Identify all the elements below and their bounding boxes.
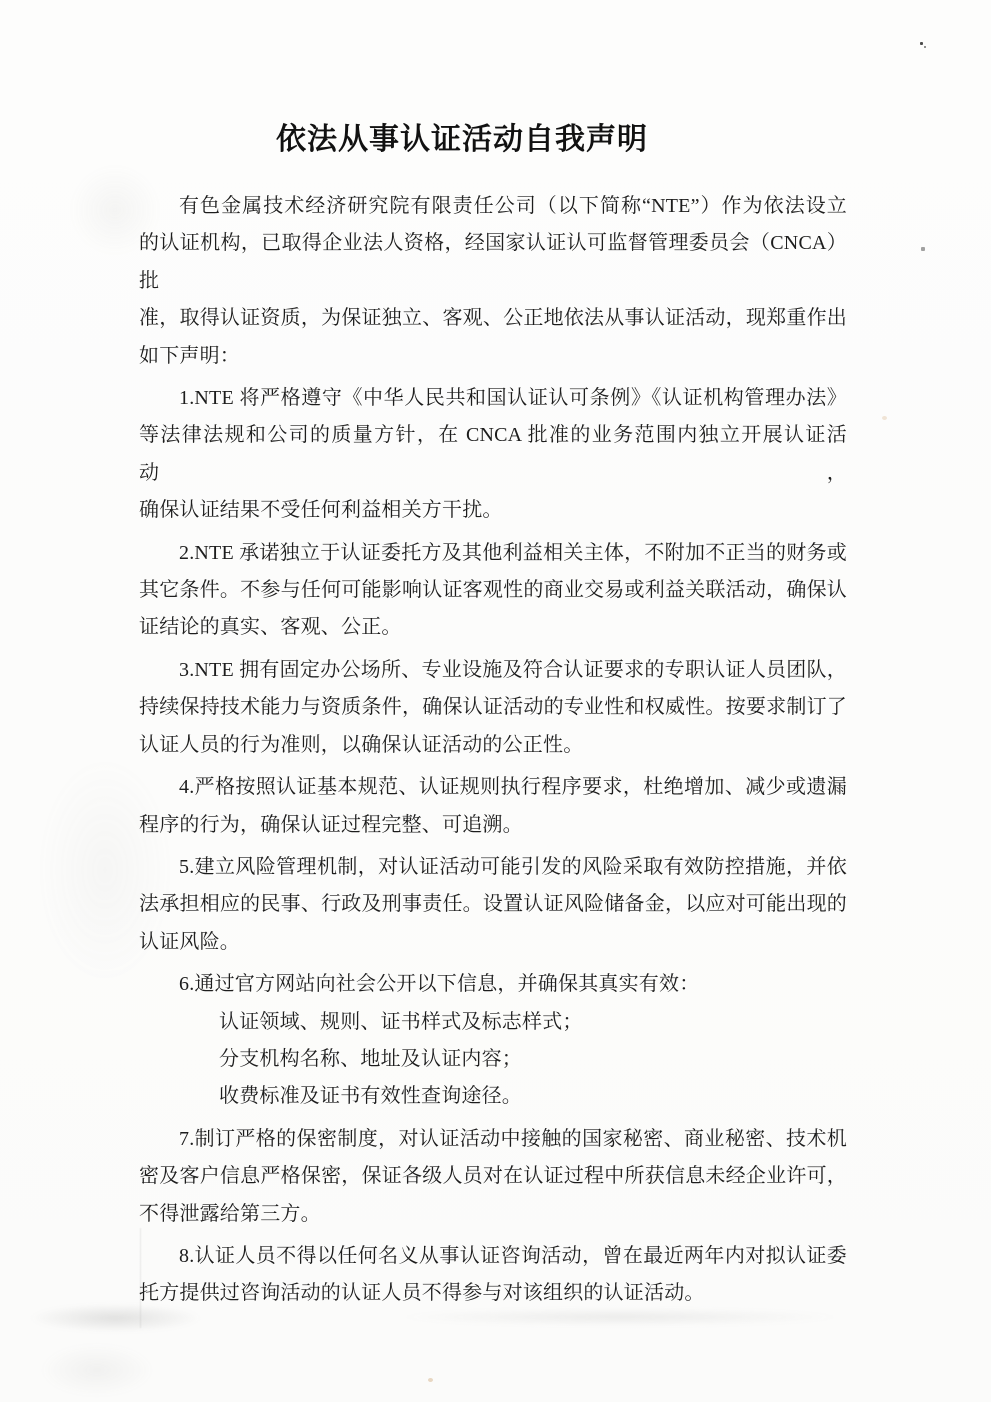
paragraph: 5.建立风险管理机制，对认证活动可能引发的风险采取有效防控措施，并依法承担相应的… [139,849,847,961]
document-body: 有色金属技术经济研究院有限责任公司（以下简称“NTE”）作为依法设立的认证机构，… [139,188,847,1318]
text-line: 1.NTE 将严格遵守《中华人民共和国认证认可条例》《认证机构管理办法》 [139,380,847,417]
text-line: 托方提供过咨询活动的认证人员不得参与对该组织的认证活动。 [139,1275,847,1312]
paragraph: 4.严格按照认证基本规范、认证规则执行程序要求，杜绝增加、减少或遗漏程序的行为，… [139,769,847,844]
text-line: 确保认证结果不受任何利益相关方干扰。 [139,492,847,529]
text-line: 收费标准及证书有效性查询途径。 [139,1078,847,1115]
text-line: 程序的行为，确保认证过程完整、可追溯。 [139,807,847,844]
text-line: 认证领域、规则、证书样式及标志样式； [139,1004,847,1041]
text-line: 等法律法规和公司的质量方针，在 CNCA 批准的业务范围内独立开展认证活动， [139,417,847,492]
text-line: 准，取得认证资质，为保证独立、客观、公正地依法从事认证活动，现郑重作出 [139,300,847,337]
paragraph: 7.制订严格的保密制度，对认证活动中接触的国家秘密、商业秘密、技术机密及客户信息… [139,1121,847,1233]
text-line: 的认证机构，已取得企业法人资格，经国家认证认可监督管理委员会（CNCA）批 [139,225,847,300]
paragraph: 1.NTE 将严格遵守《中华人民共和国认证认可条例》《认证机构管理办法》等法律法… [139,380,847,530]
text-line: 2.NTE 承诺独立于认证委托方及其他利益相关主体，不附加不正当的财务或 [139,535,847,572]
paragraph: 3.NTE 拥有固定办公场所、专业设施及符合认证要求的专职认证人员团队，持续保持… [139,652,847,764]
text-line: 分支机构名称、地址及认证内容； [139,1041,847,1078]
text-line: 其它条件。不参与任何可能影响认证客观性的商业交易或利益关联活动，确保认 [139,572,847,609]
paragraph: 2.NTE 承诺独立于认证委托方及其他利益相关主体，不附加不正当的财务或其它条件… [139,535,847,647]
document-title: 依法从事认证活动自我声明 [139,121,847,159]
text-line: 证结论的真实、客观、公正。 [139,609,847,646]
text-line: 如下声明： [139,338,847,375]
paragraph: 6.通过官方网站向社会公开以下信息，并确保其真实有效：认证领域、规则、证书样式及… [139,966,847,1116]
scanned-document-page: { "page": { "background_color": "#fcfcfb… [0,0,991,1402]
text-line: 4.严格按照认证基本规范、认证规则执行程序要求，杜绝增加、减少或遗漏 [139,769,847,806]
text-line: 认证人员的行为准则，以确保认证活动的公正性。 [139,727,847,764]
text-line: 7.制订严格的保密制度，对认证活动中接触的国家秘密、商业秘密、技术机 [139,1121,847,1158]
text-line: 法承担相应的民事、行政及刑事责任。设置认证风险储备金，以应对可能出现的 [139,886,847,923]
text-line: 3.NTE 拥有固定办公场所、专业设施及符合认证要求的专职认证人员团队， [139,652,847,689]
text-line: 5.建立风险管理机制，对认证活动可能引发的风险采取有效防控措施，并依 [139,849,847,886]
text-line: 认证风险。 [139,924,847,961]
text-line: 6.通过官方网站向社会公开以下信息，并确保其真实有效： [139,966,847,1003]
text-line: 有色金属技术经济研究院有限责任公司（以下简称“NTE”）作为依法设立 [139,188,847,225]
paragraph: 8.认证人员不得以任何名义从事认证咨询活动，曾在最近两年内对拟认证委托方提供过咨… [139,1238,847,1313]
paragraph: 有色金属技术经济研究院有限责任公司（以下简称“NTE”）作为依法设立的认证机构，… [139,188,847,375]
text-line: 不得泄露给第三方。 [139,1196,847,1233]
text-line: 密及客户信息严格保密，保证各级人员对在认证过程中所获信息未经企业许可， [139,1158,847,1195]
text-line: 持续保持技术能力与资质条件，确保认证活动的专业性和权威性。按要求制订了 [139,689,847,726]
text-line: 8.认证人员不得以任何名义从事认证咨询活动，曾在最近两年内对拟认证委 [139,1238,847,1275]
